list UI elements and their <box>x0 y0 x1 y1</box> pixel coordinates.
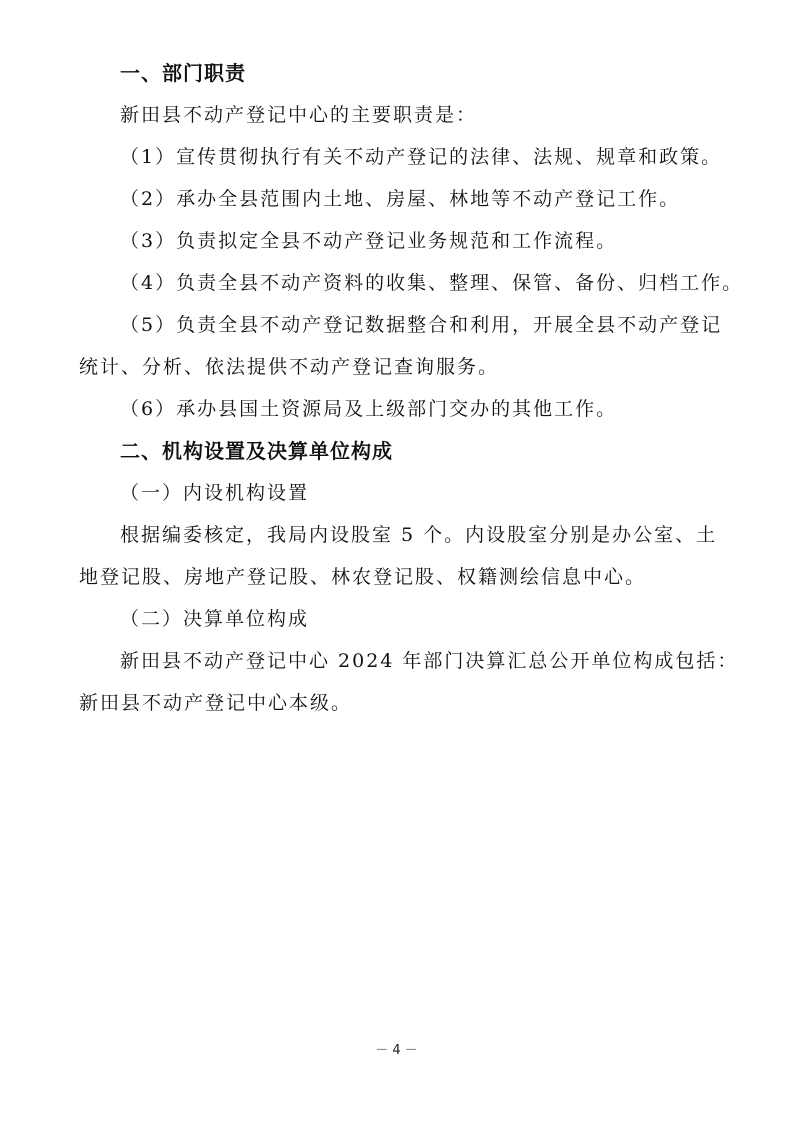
subsection-title-unit-composition: （二）决算单位构成 <box>79 598 719 640</box>
duty-item-1: （1）宣传贯彻执行有关不动产登记的法律、法规、规章和政策。 <box>79 136 719 178</box>
subsection-title-internal-org: （一）内设机构设置 <box>79 472 719 514</box>
internal-org-paragraph-line1: 根据编委核定，我局内设股室 5 个。内设股室分别是办公室、土 <box>79 514 719 556</box>
section-heading-dept-duties: 一、部门职责 <box>79 52 719 94</box>
unit-composition-paragraph-line2: 新田县不动产登记中心本级。 <box>79 682 719 724</box>
page-number: － 4 － <box>0 1039 793 1058</box>
document-page: 一、部门职责 新田县不动产登记中心的主要职责是： （1）宣传贯彻执行有关不动产登… <box>79 52 719 724</box>
duty-item-6: （6）承办县国土资源局及上级部门交办的其他工作。 <box>79 388 719 430</box>
duty-item-2: （2）承办全县范围内土地、房屋、林地等不动产登记工作。 <box>79 178 719 220</box>
duty-item-5: （5）负责全县不动产登记数据整合和利用，开展全县不动产登记 <box>79 304 719 346</box>
internal-org-paragraph-line2: 地登记股、房地产登记股、林农登记股、权籍测绘信息中心。 <box>79 556 719 598</box>
duties-intro: 新田县不动产登记中心的主要职责是： <box>79 94 719 136</box>
section-heading-org-structure: 二、机构设置及决算单位构成 <box>79 430 719 472</box>
duty-item-3: （3）负责拟定全县不动产登记业务规范和工作流程。 <box>79 220 719 262</box>
duty-item-4: （4）负责全县不动产资料的收集、整理、保管、备份、归档工作。 <box>79 262 719 304</box>
unit-composition-paragraph-line1: 新田县不动产登记中心 2024 年部门决算汇总公开单位构成包括： <box>79 640 719 682</box>
duty-item-5-continued: 统计、分析、依法提供不动产登记查询服务。 <box>79 346 719 388</box>
